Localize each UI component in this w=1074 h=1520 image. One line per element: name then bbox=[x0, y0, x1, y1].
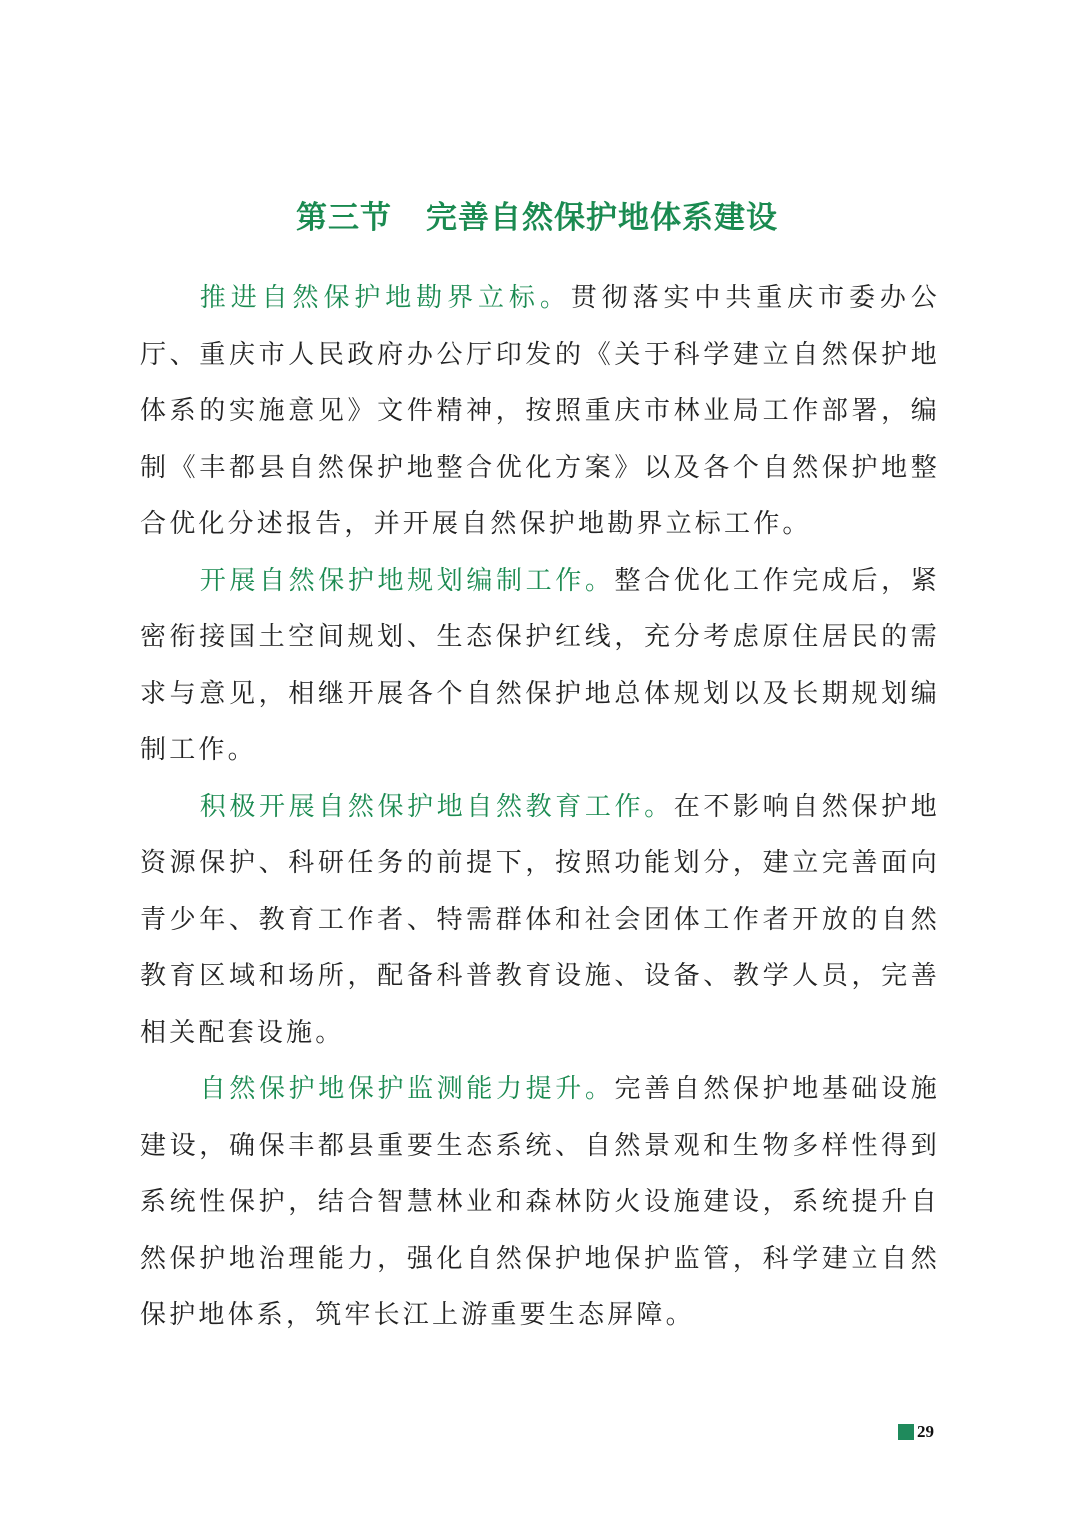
paragraph-monitoring: 自然保护地保护监测能力提升。完善自然保护地基础设施建设，确保丰都县重要生态系统、… bbox=[140, 1061, 940, 1344]
paragraph-lead: 开展自然保护地规划编制工作。 bbox=[200, 566, 615, 596]
page-number: 29 bbox=[898, 1422, 934, 1442]
paragraph-text: 在不影响自然保护地资源保护、科研任务的前提下，按照功能划分，建立完善面向青少年、… bbox=[140, 792, 940, 1048]
paragraph-boundary-marking: 推进自然保护地勘界立标。贯彻落实中共重庆市委办公厅、重庆市人民政府办公厅印发的《… bbox=[140, 270, 940, 553]
document-page: 第三节完善自然保护地体系建设 推进自然保护地勘界立标。贯彻落实中共重庆市委办公厅… bbox=[0, 0, 1074, 1520]
section-title: 完善自然保护地体系建设 bbox=[426, 200, 778, 236]
page-number-value: 29 bbox=[917, 1422, 934, 1442]
section-number: 第三节 bbox=[296, 200, 392, 236]
green-square-icon bbox=[898, 1424, 914, 1440]
body-content: 推进自然保护地勘界立标。贯彻落实中共重庆市委办公厅、重庆市人民政府办公厅印发的《… bbox=[140, 270, 940, 1344]
paragraph-lead: 推进自然保护地勘界立标。 bbox=[200, 283, 571, 313]
paragraph-lead: 积极开展自然保护地自然教育工作。 bbox=[200, 792, 674, 822]
paragraph-text: 贯彻落实中共重庆市委办公厅、重庆市人民政府办公厅印发的《关于科学建立自然保护地体… bbox=[140, 283, 940, 539]
section-heading: 第三节完善自然保护地体系建设 bbox=[0, 192, 1074, 244]
paragraph-planning: 开展自然保护地规划编制工作。整合优化工作完成后，紧密衔接国土空间规划、生态保护红… bbox=[140, 553, 940, 779]
paragraph-lead: 自然保护地保护监测能力提升。 bbox=[200, 1074, 615, 1104]
paragraph-nature-education: 积极开展自然保护地自然教育工作。在不影响自然保护地资源保护、科研任务的前提下，按… bbox=[140, 779, 940, 1062]
paragraph-text: 完善自然保护地基础设施建设，确保丰都县重要生态系统、自然景观和生物多样性得到系统… bbox=[140, 1074, 940, 1330]
